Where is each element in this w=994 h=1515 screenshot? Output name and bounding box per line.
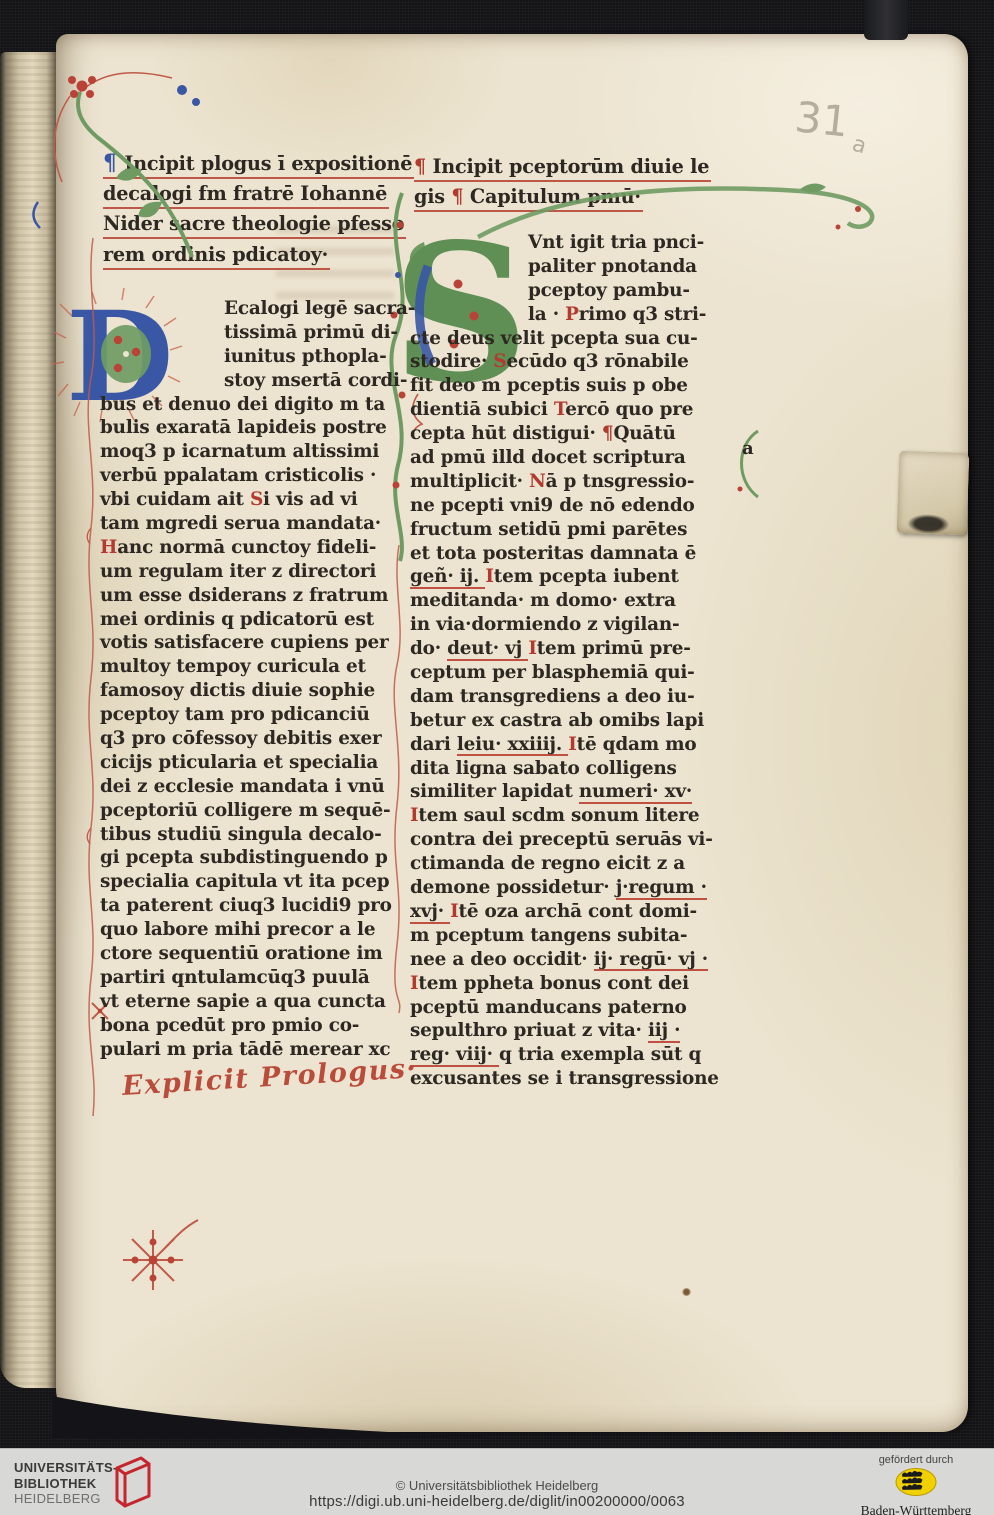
manuscript-line: fit deo m pceptis suis p obe bbox=[410, 375, 719, 399]
copyright-text: © Universitätsbibliothek Heidelberg bbox=[0, 1478, 994, 1493]
manuscript-line: gis ¶ Capitulum pmū· bbox=[414, 186, 643, 212]
manuscript-line: cte deus velit pcepta sua cu- bbox=[410, 328, 719, 352]
manuscript-line: ¶ Incipit plogus ī expositionē bbox=[103, 152, 414, 179]
manuscript-line: dita ligna sabato colligens bbox=[410, 758, 719, 782]
manuscript-line: ta paterent ciuq3 lucidi9 pro bbox=[100, 895, 415, 919]
manuscript-line: xvj· Itē oza archā cont domi- bbox=[410, 901, 719, 925]
funder-name: Baden-Württemberg bbox=[848, 1503, 984, 1515]
manuscript-line: mei ordinis q pdicatorū est bbox=[100, 609, 415, 633]
left-column-rubric-heading: ¶ Incipit plogus ī expositionēdecalogi f… bbox=[103, 152, 414, 274]
manuscript-line: in via·dormiendo z vigilan- bbox=[410, 614, 719, 638]
url-text: https://digi.ub.uni-heidelberg.de/diglit… bbox=[0, 1493, 994, 1510]
manuscript-line: excusantes se i transgressione bbox=[410, 1068, 719, 1092]
manuscript-line: multoy tempoy curicula et bbox=[100, 656, 415, 680]
manuscript-line: iunitus pthopla- bbox=[100, 346, 415, 370]
manuscript-line: tam mgredi serua mandata· bbox=[100, 513, 415, 537]
manuscript-line: cepta hūt distigui· ¶Quātū bbox=[410, 423, 719, 447]
manuscript-line: bus et denuo dei digito m ta bbox=[100, 394, 415, 418]
manuscript-line: quo labore mihi precor a le bbox=[100, 919, 415, 943]
manuscript-line: rem ordinis pdicatoy· bbox=[103, 244, 330, 270]
manuscript-line: betur ex castra ab omibs lapi bbox=[410, 710, 719, 734]
manuscript-line: gi pcepta subdistinguendo p bbox=[100, 847, 415, 871]
manuscript-line: votis satisfacere cupiens per bbox=[100, 632, 415, 656]
manuscript-line: stoy msertā cordi- bbox=[100, 370, 415, 394]
footer-bar: UNIVERSITÄTS- BIBLIOTHEK HEIDELBERG © Un… bbox=[0, 1448, 994, 1515]
manuscript-line: tibus studiū singula decalo- bbox=[100, 824, 415, 848]
manuscript-line: tissimā primū di- bbox=[100, 322, 415, 346]
copyright-block: © Universitätsbibliothek Heidelberg http… bbox=[0, 1478, 994, 1510]
manuscript-line: Item saul scdm sonum litere bbox=[410, 805, 719, 829]
manuscript-line: paliter pnotanda bbox=[410, 256, 719, 280]
manuscript-line: decalogi fm fratrē Iohannē bbox=[103, 183, 389, 209]
manuscript-line: demone possidetur· j·regum · bbox=[410, 877, 719, 901]
parchment-bookmark-tab bbox=[897, 451, 970, 535]
left-text-column: Ecalogi legē sacra-tissimā primū di-iuni… bbox=[100, 298, 415, 1063]
manuscript-line: do· deut· vj Item primū pre- bbox=[410, 638, 719, 662]
manuscript-line: partiri qntulamcūq3 puulā bbox=[100, 967, 415, 991]
manuscript-line: pceptoriū colligere m sequē- bbox=[100, 800, 415, 824]
manuscript-line: ctimanda de regno eicit z a bbox=[410, 853, 719, 877]
manuscript-line: dei z ecclesie mandata i vnū bbox=[100, 776, 415, 800]
manuscript-line: dari leiu· xxiiij. Itē qdam mo bbox=[410, 734, 719, 758]
manuscript-line: Hanc normā cunctoy fideli- bbox=[100, 537, 415, 561]
manuscript-line: cicijs pticularia et specialia bbox=[100, 752, 415, 776]
manuscript-line: um esse dsiderans z fratrum bbox=[100, 585, 415, 609]
manuscript-line: Nider sacre theologie pfesso bbox=[103, 213, 406, 239]
manuscript-line: reg· viij· q tria exempla sūt q bbox=[410, 1044, 719, 1068]
manuscript-line: ¶ Incipit pceptorūm diuie le bbox=[414, 156, 711, 182]
manuscript-line: pceptū manducans paterno bbox=[410, 997, 719, 1021]
manuscript-line: contra dei preceptū seruās vi- bbox=[410, 829, 719, 853]
manuscript-line: stodire· Secūdo q3 rōnabile bbox=[410, 351, 719, 375]
folio-number-pencil: 31a bbox=[793, 92, 872, 148]
manuscript-line: sepulthro priuat z vita· iij · bbox=[410, 1020, 719, 1044]
manuscript-line: ceptum per blasphemiā qui- bbox=[410, 662, 719, 686]
manuscript-line: ctore sequentiū oratione im bbox=[100, 943, 415, 967]
ink-spot bbox=[682, 1288, 691, 1296]
manuscript-line: verbū ppalatam cristicolis · bbox=[100, 465, 415, 489]
right-text-column: Vnt igit tria pnci-paliter pnotandapcept… bbox=[410, 232, 719, 1092]
funder-block: gefördert durch Baden-Württemberg bbox=[848, 1454, 984, 1515]
manuscript-line: moq3 p icarnatum altissimi bbox=[100, 441, 415, 465]
manuscript-line: similiter lapidat numeri· xv· bbox=[410, 781, 719, 805]
manuscript-line: geñ· ij. Item pcepta iubent bbox=[410, 566, 719, 590]
manuscript-line: Ecalogi legē sacra- bbox=[100, 298, 415, 322]
manuscript-line: m pceptum tangens subita- bbox=[410, 925, 719, 949]
folio-number: 31 bbox=[793, 92, 851, 146]
manuscript-line: meditanda· m domo· extra bbox=[410, 590, 719, 614]
manuscript-line: pceptoy tam pro pdicanciū bbox=[100, 704, 415, 728]
manuscript-line: la · Primo q3 stri- bbox=[410, 304, 719, 328]
manuscript-line: bulis exaratā lapideis postre bbox=[100, 417, 415, 441]
binding-strap bbox=[864, 0, 908, 40]
manuscript-line: ne pcepti vni9 de nō edendo bbox=[410, 495, 719, 519]
manuscript-line: fructum setidū pmi parētes bbox=[410, 519, 719, 543]
manuscript-line: famosoy dictis diuie sophie bbox=[100, 680, 415, 704]
manuscript-line: pceptoy pambu- bbox=[410, 280, 719, 304]
manuscript-line: vt eterne sapie a qua cuncta bbox=[100, 991, 415, 1015]
manuscript-line: bona pcedūt pro pmio co- bbox=[100, 1015, 415, 1039]
manuscript-line: et tota posteritas damnata ē bbox=[410, 543, 719, 567]
manuscript-line: q3 pro cōfessoy debitis exer bbox=[100, 728, 415, 752]
margin-catch-letter: a bbox=[742, 438, 754, 459]
manuscript-line: vbi cuidam ait Si vis ad vi bbox=[100, 489, 415, 513]
manuscript-line: Item ppheta bonus cont dei bbox=[410, 973, 719, 997]
manuscript-line: dientiā subici Tercō quo pre bbox=[410, 399, 719, 423]
manuscript-line: um regulam iter z directori bbox=[100, 561, 415, 585]
manuscript-line: Vnt igit tria pnci- bbox=[410, 232, 719, 256]
digitized-manuscript-viewer: 31a ¶ Incipit plogus ī expositionēdecalo… bbox=[0, 0, 994, 1515]
manuscript-line: ad pmū illd docet scriptura bbox=[410, 447, 719, 471]
baden-wuerttemberg-lions-icon bbox=[894, 1467, 938, 1497]
manuscript-line: nee a deo occidit· ij· regū· vj · bbox=[410, 949, 719, 973]
book-page-block-edge bbox=[0, 52, 58, 1388]
right-column-rubric-heading: ¶ Incipit pceptorūm diuie legis ¶ Capitu… bbox=[414, 156, 711, 216]
funded-by-text: gefördert durch bbox=[848, 1454, 984, 1466]
manuscript-line: multiplicit· Nā p tnsgressio- bbox=[410, 471, 719, 495]
manuscript-line: dam transgrediens a deo iu- bbox=[410, 686, 719, 710]
manuscript-line: specialia capitula vt ita pcep bbox=[100, 871, 415, 895]
